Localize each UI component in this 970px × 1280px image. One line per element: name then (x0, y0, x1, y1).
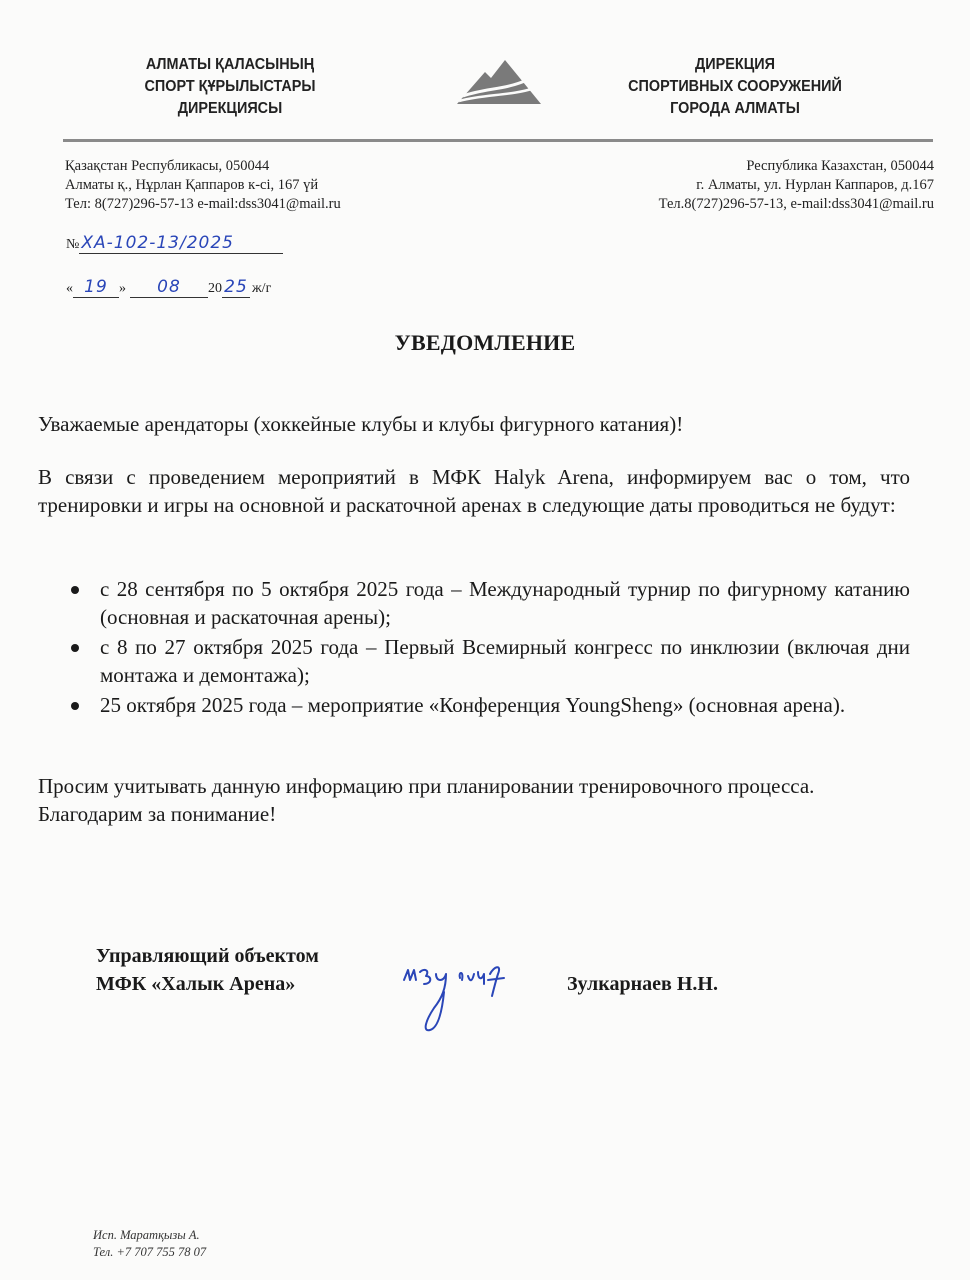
executor-info: Исп. Маратқызы А. Тел. +7 707 755 78 07 (93, 1227, 206, 1261)
mountain-logo-icon (455, 58, 543, 108)
address-line: Алматы қ., Нұрлан Қаппаров к-сі, 167 үй (65, 176, 341, 195)
address-line: Тел.8(727)296-57-13, e-mail:dss3041@mail… (659, 195, 934, 214)
greeting: Уважаемые арендаторы (хоккейные клубы и … (38, 410, 683, 438)
executor-name: Исп. Маратқызы А. (93, 1227, 206, 1244)
intro-paragraph: В связи с проведением мероприятий в МФК … (38, 463, 910, 519)
letterhead-kazakh: АЛМАТЫ ҚАЛАСЫНЫҢ СПОРТ ҚҰРЫЛЫСТАРЫ ДИРЕК… (114, 54, 347, 120)
position-line: МФК «Халык Арена» (96, 970, 319, 998)
number-sign: № (66, 237, 79, 252)
list-item: 25 октября 2025 года – мероприятие «Конф… (38, 691, 910, 719)
bullet-icon (71, 586, 79, 594)
signatory-name: Зулкарнаев Н.Н. (567, 970, 718, 998)
bullet-icon (71, 644, 79, 652)
event-text: 25 октября 2025 года – мероприятие «Конф… (100, 693, 845, 717)
address-line: Республика Казахстан, 050044 (659, 157, 934, 176)
handwritten-year: 25 (222, 277, 250, 298)
bullet-icon (71, 702, 79, 710)
address-kazakh: Қазақстан Республикасы, 050044 Алматы қ.… (65, 157, 341, 214)
address-russian: Республика Казахстан, 050044 г. Алматы, … (659, 157, 934, 214)
handwritten-day: 19 (73, 277, 119, 298)
close-quote: » (119, 281, 126, 296)
open-quote: « (66, 281, 73, 296)
address-line: г. Алматы, ул. Нурлан Каппаров, д.167 (659, 176, 934, 195)
signatory-position: Управляющий объектом МФК «Халык Арена» (96, 942, 319, 998)
position-line: Управляющий объектом (96, 942, 319, 970)
document-title: УВЕДОМЛЕНИЕ (0, 330, 970, 356)
list-item: с 28 сентября по 5 октября 2025 года – М… (38, 575, 910, 631)
letterhead-line: ДИРЕКЦИЯСЫ (114, 98, 347, 120)
letterhead-line: СПОРТ ҚҰРЫЛЫСТАРЫ (114, 76, 347, 98)
letterhead-line: ГОРОДА АЛМАТЫ (609, 98, 860, 120)
handwritten-signature-icon (398, 962, 528, 1037)
closing-paragraph: Просим учитывать данную информацию при п… (38, 772, 918, 828)
letterhead-line: СПОРТИВНЫХ СООРУЖЕНИЙ (609, 76, 860, 98)
handwritten-number: ХА-102-13/2025 (79, 233, 283, 254)
address-line: Қазақстан Республикасы, 050044 (65, 157, 341, 176)
list-item: с 8 по 27 октября 2025 года – Первый Все… (38, 633, 910, 689)
event-list: с 28 сентября по 5 октября 2025 года – М… (38, 575, 910, 721)
letterhead-russian: ДИРЕКЦИЯ СПОРТИВНЫХ СООРУЖЕНИЙ ГОРОДА АЛ… (609, 54, 860, 120)
letterhead-line: АЛМАТЫ ҚАЛАСЫНЫҢ (114, 54, 347, 76)
header-divider (63, 139, 933, 142)
event-text: с 8 по 27 октября 2025 года – Первый Все… (100, 635, 910, 687)
year-unit: ж/г (252, 281, 271, 296)
registration-number: №ХА-102-13/2025 (66, 233, 283, 254)
handwritten-month: 08 (130, 277, 208, 298)
year-prefix: 20 (208, 281, 222, 296)
address-line: Тел: 8(727)296-57-13 e-mail:dss3041@mail… (65, 195, 341, 214)
executor-phone: Тел. +7 707 755 78 07 (93, 1244, 206, 1261)
closing-line: Просим учитывать данную информацию при п… (38, 772, 918, 800)
closing-line: Благодарим за понимание! (38, 800, 918, 828)
event-text: с 28 сентября по 5 октября 2025 года – М… (100, 577, 910, 629)
registration-date: «19»082025ж/г (66, 277, 271, 298)
letterhead-line: ДИРЕКЦИЯ (609, 54, 860, 76)
